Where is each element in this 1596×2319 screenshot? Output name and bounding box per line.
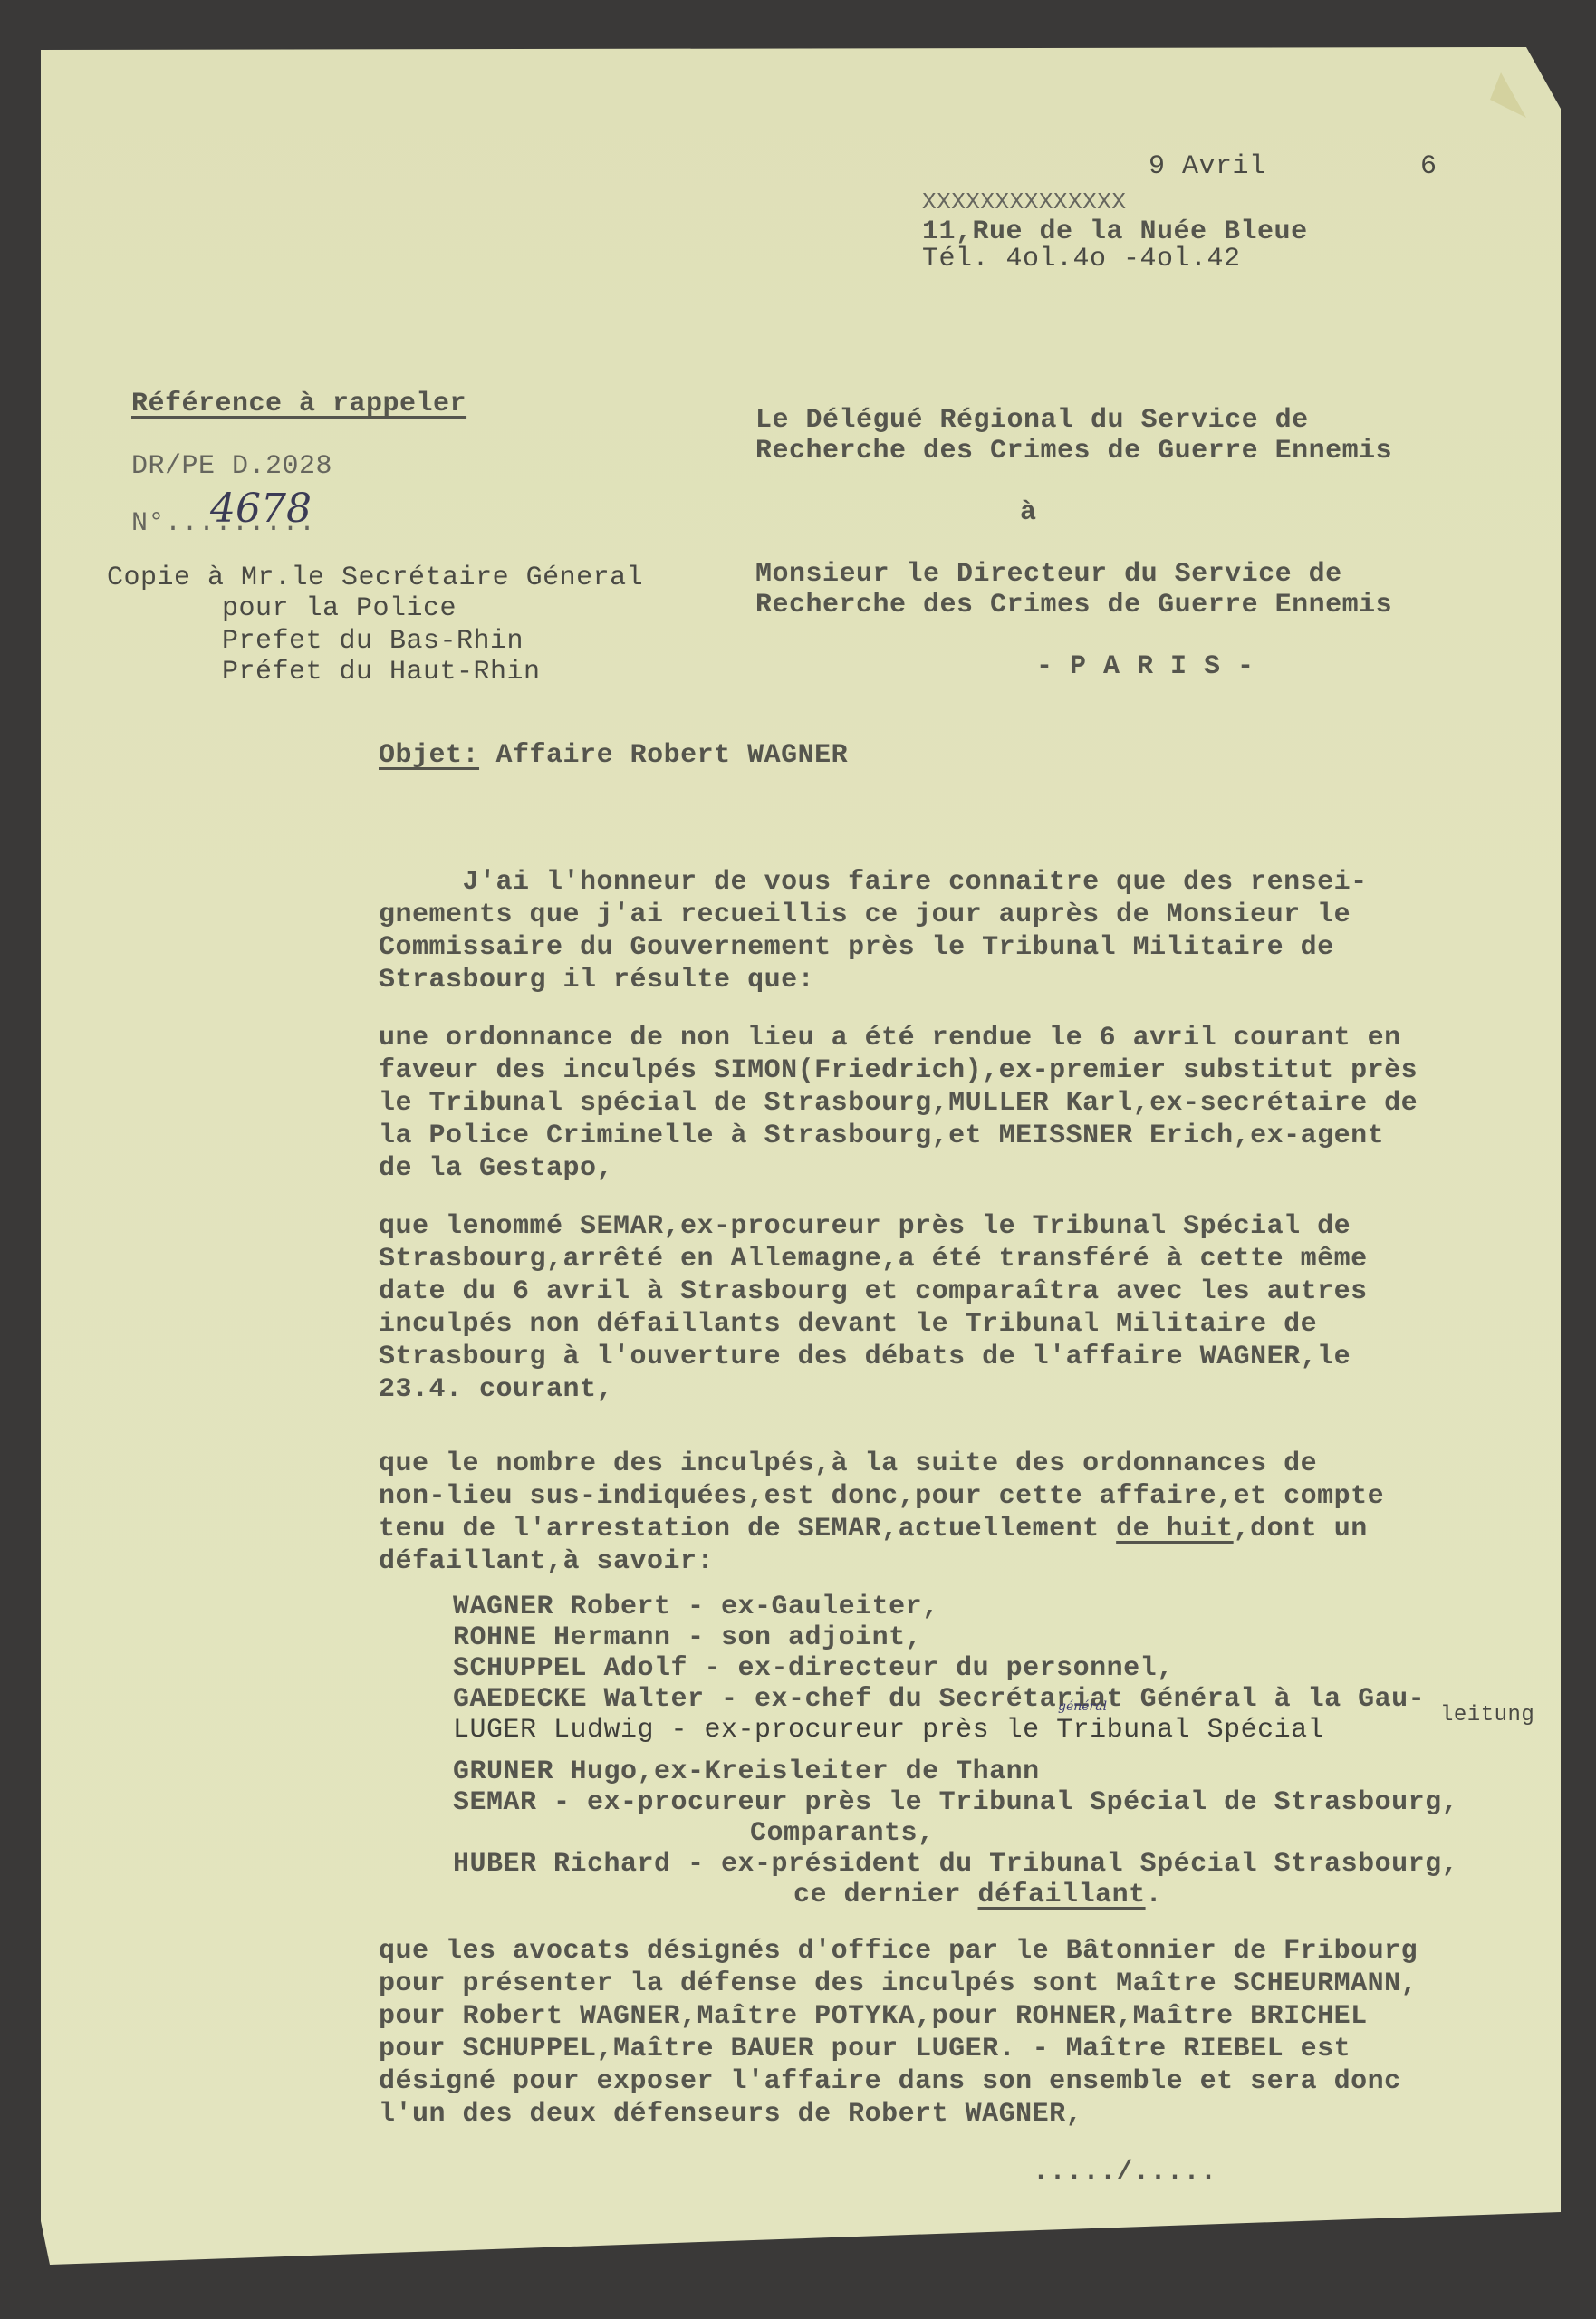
accused-item: ROHNE Hermann - son adjoint, — [453, 1621, 922, 1654]
accused-item: LUGER Ludwig - ex-procureur près le Trib… — [453, 1714, 1324, 1746]
page-number: 6 — [1420, 150, 1437, 183]
count-emphasis: de huit — [1116, 1514, 1234, 1544]
phone: Tél. 4ol.4o -4ol.42 — [922, 243, 1241, 275]
sender-line-1: Le Délégué Régional du Service de — [755, 404, 1309, 437]
accused-item: SCHUPPEL Adolf - ex-directeur du personn… — [453, 1652, 1174, 1685]
letter-date: 9 Avril — [1149, 150, 1266, 183]
text-line: Strasbourg à l'ouverture des débats de l… — [379, 1341, 1556, 1373]
comparants-label: Comparants, — [750, 1817, 935, 1850]
subject: Objet: Affaire Robert WAGNER — [379, 739, 848, 772]
text-line: que les avocats désignés d'office par le… — [379, 1935, 1556, 1968]
text-line: Commissaire du Gouvernement près le Trib… — [379, 931, 1556, 964]
text-line: Strasbourg il résulte que: — [379, 964, 1556, 996]
accused-item: SEMAR - ex-procureur près le Tribunal Sp… — [453, 1786, 1458, 1819]
reference-label: Référence à rappeler — [131, 388, 466, 420]
text-line: date du 6 avril à Strasbourg et comparaî… — [379, 1275, 1556, 1308]
accused-leitung-continuation: leitung — [1440, 1699, 1534, 1732]
accused-item: GRUNER Hugo,ex-Kreisleiter de Thann — [453, 1756, 1040, 1788]
text-line: une ordonnance de non lieu a été rendue … — [379, 1022, 1556, 1054]
text-line: 23.4. courant, — [379, 1373, 1556, 1406]
text-line: pour Robert WAGNER,Maître POTYKA,pour RO… — [379, 2000, 1556, 2033]
subject-label: Objet: — [379, 740, 479, 771]
continuation-marker: ...../..... — [1033, 2156, 1217, 2189]
text-line: gnements que j'ai recueillis ce jour aup… — [379, 899, 1556, 931]
copy-line-1: Copie à Mr.le Secrétaire Géneral — [107, 562, 643, 594]
copy-line-3: Prefet du Bas-Rhin — [222, 625, 524, 658]
copy-line-4: Préfet du Haut-Rhin — [222, 656, 541, 688]
text-line: de la Gestapo, — [379, 1152, 1556, 1185]
paragraph-semar: que lenommé SEMAR,ex-procureur près le T… — [379, 1210, 1556, 1406]
sender-line-2: Recherche des Crimes de Guerre Ennemis — [755, 435, 1392, 467]
paragraph-count: que le nombre des inculpés,à la suite de… — [379, 1448, 1556, 1578]
paragraph-non-lieu: une ordonnance de non lieu a été rendue … — [379, 1022, 1556, 1185]
accused-item-absent: HUBER Richard - ex-président du Tribunal… — [453, 1848, 1458, 1881]
text-line: que le nombre des inculpés,à la suite de… — [379, 1448, 1556, 1480]
paragraph-lawyers: que les avocats désignés d'office par le… — [379, 1935, 1556, 2131]
text-line: J'ai l'honneur de vous faire connaitre q… — [379, 866, 1556, 899]
absent-note: ce dernier défaillant. — [793, 1879, 1162, 1911]
text-line: pour SCHUPPEL,Maître BAUER pour LUGER. -… — [379, 2033, 1556, 2065]
recipient-line-2: Recherche des Crimes de Guerre Ennemis — [755, 589, 1392, 621]
text-line: tenu de l'arrestation de SEMAR,actuellem… — [379, 1513, 1556, 1545]
text-line: Strasbourg,arrêté en Allemagne,a été tra… — [379, 1243, 1556, 1275]
text-line: non-lieu sus-indiquées,est donc,pour cet… — [379, 1480, 1556, 1513]
recipient-city: - P A R I S - — [1036, 650, 1255, 683]
handwritten-annotation: général — [1058, 1699, 1107, 1714]
accused-item: WAGNER Robert - ex-Gauleiter, — [453, 1591, 939, 1623]
text-line: inculpés non défaillants devant le Tribu… — [379, 1308, 1556, 1341]
copy-line-2: pour la Police — [222, 592, 457, 625]
struck-line: XXXXXXXXXXXXXX — [922, 186, 1126, 218]
accused-item: GAEDECKE Walter - ex-chef du Secrétariat… — [453, 1683, 1425, 1716]
paragraph-intro: J'ai l'honneur de vous faire connaitre q… — [379, 866, 1556, 996]
text-line: faveur des inculpés SIMON(Friedrich),ex-… — [379, 1054, 1556, 1087]
recipient-line-1: Monsieur le Directeur du Service de — [755, 558, 1342, 591]
reference-code: DR/PE D.2028 — [131, 450, 332, 483]
subject-text: Affaire Robert WAGNER — [496, 740, 849, 771]
text-line: pour présenter la défense des inculpés s… — [379, 1968, 1556, 2000]
text-line: l'un des deux défenseurs de Robert WAGNE… — [379, 2098, 1556, 2131]
to-marker: à — [1020, 496, 1037, 529]
text-line: que lenommé SEMAR,ex-procureur près le T… — [379, 1210, 1556, 1243]
text-line: le Tribunal spécial de Strasbourg,MULLER… — [379, 1087, 1556, 1120]
text-line: défaillant,à savoir: — [379, 1545, 1556, 1578]
text-line: désigné pour exposer l'affaire dans son … — [379, 2065, 1556, 2098]
text-line: la Police Criminelle à Strasbourg,et MEI… — [379, 1120, 1556, 1152]
reference-number-handwritten: 4678 — [210, 486, 312, 532]
